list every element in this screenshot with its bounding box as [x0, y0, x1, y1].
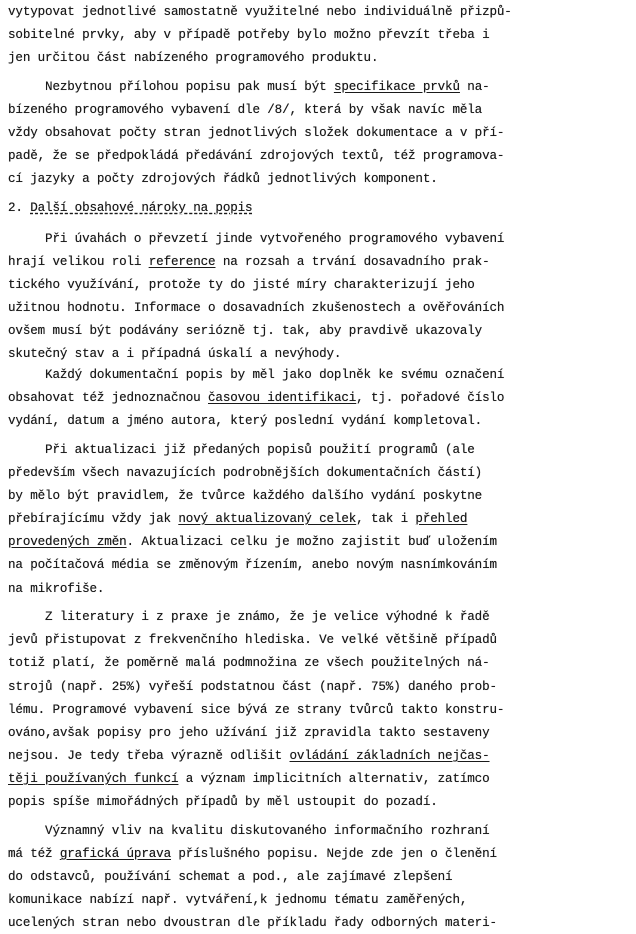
- text-segment: popis spíše mimořádných případů by měl u…: [8, 795, 438, 809]
- text-segment: příslušného popisu. Nejde zde jen o člen…: [171, 847, 497, 861]
- underlined-term: časovou identifikaci: [208, 391, 356, 405]
- text-segment: komunikace nabízí např. vytváření,k jedn…: [8, 893, 467, 907]
- text-segment: na mikrofiše.: [8, 582, 104, 596]
- text-line: Při úvahách o převzetí jinde vytvořeného…: [8, 231, 504, 247]
- text-line: ovšem musí být podávány seriózně tj. tak…: [8, 323, 482, 339]
- text-line: tického využívání, protože ty do jisté m…: [8, 277, 475, 293]
- text-segment: a význam implicitních alternativ, zatímc…: [178, 772, 489, 786]
- text-segment: ováno,avšak popisy pro jeho užívání již …: [8, 726, 490, 740]
- text-segment: ucelených stran nebo dvoustran dle příkl…: [8, 916, 497, 930]
- text-segment: 2.: [8, 201, 30, 215]
- text-line: bízeného programového vybavení dle /8/, …: [8, 102, 482, 118]
- text-line: strojů (např. 25%) vyřeší podstatnou čás…: [8, 679, 497, 695]
- text-segment: Každý dokumentační popis by měl jako dop…: [8, 368, 504, 382]
- text-segment: jevů přistupovat z frekvenčního hlediska…: [8, 633, 497, 647]
- text-line: vytypovat jednotlivé samostatně využitel…: [8, 4, 512, 20]
- text-segment: vždy obsahovat počty stran jednotlivých …: [8, 126, 504, 140]
- text-line: vydání, datum a jméno autora, který posl…: [8, 413, 482, 429]
- text-line: komunikace nabízí např. vytváření,k jedn…: [8, 892, 467, 908]
- text-line: Nezbytnou přílohou popisu pak musí být s…: [8, 79, 490, 95]
- underlined-term: ovládání základních nejčas-: [290, 749, 490, 763]
- underlined-term: reference: [149, 255, 216, 269]
- text-line: nejsou. Je tedy třeba výrazně odlišit ov…: [8, 748, 490, 764]
- text-line: Při aktualizaci již předaných popisů pou…: [8, 442, 475, 458]
- text-segment: vytypovat jednotlivé samostatně využitel…: [8, 5, 512, 19]
- text-line: 2. Další obsahové nároky na popis: [8, 200, 252, 216]
- text-line: Každý dokumentační popis by měl jako dop…: [8, 367, 504, 383]
- underlined-term: přehled: [415, 512, 467, 526]
- underlined-term: provedených změn: [8, 535, 127, 549]
- text-line: na počítačová média se změnovým řízením,…: [8, 557, 497, 573]
- text-line: provedených změn. Aktualizaci celku je m…: [8, 534, 497, 550]
- text-line: jevů přistupovat z frekvenčního hlediska…: [8, 632, 497, 648]
- text-segment: na-: [460, 80, 490, 94]
- text-segment: Při úvahách o převzetí jinde vytvořeného…: [8, 232, 504, 246]
- text-line: má též grafická úprava příslušného popis…: [8, 846, 497, 862]
- text-line: do odstavců, používání schemat a pod., a…: [8, 869, 452, 885]
- text-segment: má též: [8, 847, 60, 861]
- text-segment: Při aktualizaci již předaných popisů pou…: [8, 443, 475, 457]
- underlined-term: Další obsahové nároky na popis: [30, 201, 252, 215]
- text-line: těji používaných funkcí a význam implici…: [8, 771, 490, 787]
- text-line: ucelených stran nebo dvoustran dle příkl…: [8, 915, 497, 931]
- text-segment: obsahovat též jednoznačnou: [8, 391, 208, 405]
- text-segment: by mělo být pravidlem, že tvůrce každého…: [8, 489, 482, 503]
- text-segment: Z literatury i z praxe je známo, že je v…: [8, 610, 490, 624]
- text-line: lému. Programové vybavení sice bývá ze s…: [8, 702, 504, 718]
- text-segment: bízeného programového vybavení dle /8/, …: [8, 103, 482, 117]
- text-segment: , tak i: [356, 512, 415, 526]
- text-segment: Nezbytnou přílohou popisu pak musí být: [8, 80, 334, 94]
- underlined-term: těji používaných funkcí: [8, 772, 178, 786]
- document-page: vytypovat jednotlivé samostatně využitel…: [0, 0, 636, 934]
- text-segment: hrají velikou roli: [8, 255, 149, 269]
- text-segment: cí jazyky a počty zdrojových řádků jedno…: [8, 172, 438, 186]
- text-segment: na rozsah a trvání dosavadního prak-: [215, 255, 489, 269]
- text-line: sobitelné prvky, aby v případě potřeby b…: [8, 27, 490, 43]
- text-line: hrají velikou roli reference na rozsah a…: [8, 254, 490, 270]
- text-line: především všech navazujících podrobnější…: [8, 465, 482, 481]
- text-line: přebírajícímu vždy jak nový aktualizovan…: [8, 511, 467, 527]
- text-line: Významný vliv na kvalitu diskutovaného i…: [8, 823, 490, 839]
- text-segment: totiž platí, že poměrně malá podmnožina …: [8, 656, 490, 670]
- text-segment: jen určitou část nabízeného programového…: [8, 51, 378, 65]
- text-segment: lému. Programové vybavení sice bývá ze s…: [8, 703, 504, 717]
- text-segment: padě, že se předpokládá předávání zdrojo…: [8, 149, 504, 163]
- text-segment: skutečný stav a i případná úskalí a nevý…: [8, 347, 341, 361]
- text-segment: přebírajícímu vždy jak: [8, 512, 178, 526]
- text-line: by mělo být pravidlem, že tvůrce každého…: [8, 488, 482, 504]
- underlined-term: grafická úprava: [60, 847, 171, 861]
- text-segment: , tj. pořadové číslo: [356, 391, 504, 405]
- text-line: skutečný stav a i případná úskalí a nevý…: [8, 346, 341, 362]
- text-segment: sobitelné prvky, aby v případě potřeby b…: [8, 28, 490, 42]
- text-segment: vydání, datum a jméno autora, který posl…: [8, 414, 482, 428]
- text-line: Z literatury i z praxe je známo, že je v…: [8, 609, 490, 625]
- text-line: jen určitou část nabízeného programového…: [8, 50, 378, 66]
- text-segment: ovšem musí být podávány seriózně tj. tak…: [8, 324, 482, 338]
- underlined-term: nový aktualizovaný celek: [178, 512, 356, 526]
- text-line: užitnou hodnotu. Informace o dosavadních…: [8, 300, 504, 316]
- text-line: padě, že se předpokládá předávání zdrojo…: [8, 148, 504, 164]
- text-segment: Významný vliv na kvalitu diskutovaného i…: [8, 824, 490, 838]
- text-segment: na počítačová média se změnovým řízením,…: [8, 558, 497, 572]
- text-segment: do odstavců, používání schemat a pod., a…: [8, 870, 452, 884]
- underlined-term: specifikace prvků: [334, 80, 460, 94]
- text-segment: . Aktualizaci celku je možno zajistit bu…: [127, 535, 497, 549]
- text-segment: tického využívání, protože ty do jisté m…: [8, 278, 475, 292]
- text-line: obsahovat též jednoznačnou časovou ident…: [8, 390, 504, 406]
- text-segment: především všech navazujících podrobnější…: [8, 466, 482, 480]
- text-line: totiž platí, že poměrně malá podmnožina …: [8, 655, 490, 671]
- text-segment: strojů (např. 25%) vyřeší podstatnou čás…: [8, 680, 497, 694]
- text-segment: užitnou hodnotu. Informace o dosavadních…: [8, 301, 504, 315]
- text-line: cí jazyky a počty zdrojových řádků jedno…: [8, 171, 438, 187]
- text-line: na mikrofiše.: [8, 581, 104, 597]
- text-line: popis spíše mimořádných případů by měl u…: [8, 794, 438, 810]
- text-line: ováno,avšak popisy pro jeho užívání již …: [8, 725, 490, 741]
- text-segment: nejsou. Je tedy třeba výrazně odlišit: [8, 749, 290, 763]
- text-line: vždy obsahovat počty stran jednotlivých …: [8, 125, 504, 141]
